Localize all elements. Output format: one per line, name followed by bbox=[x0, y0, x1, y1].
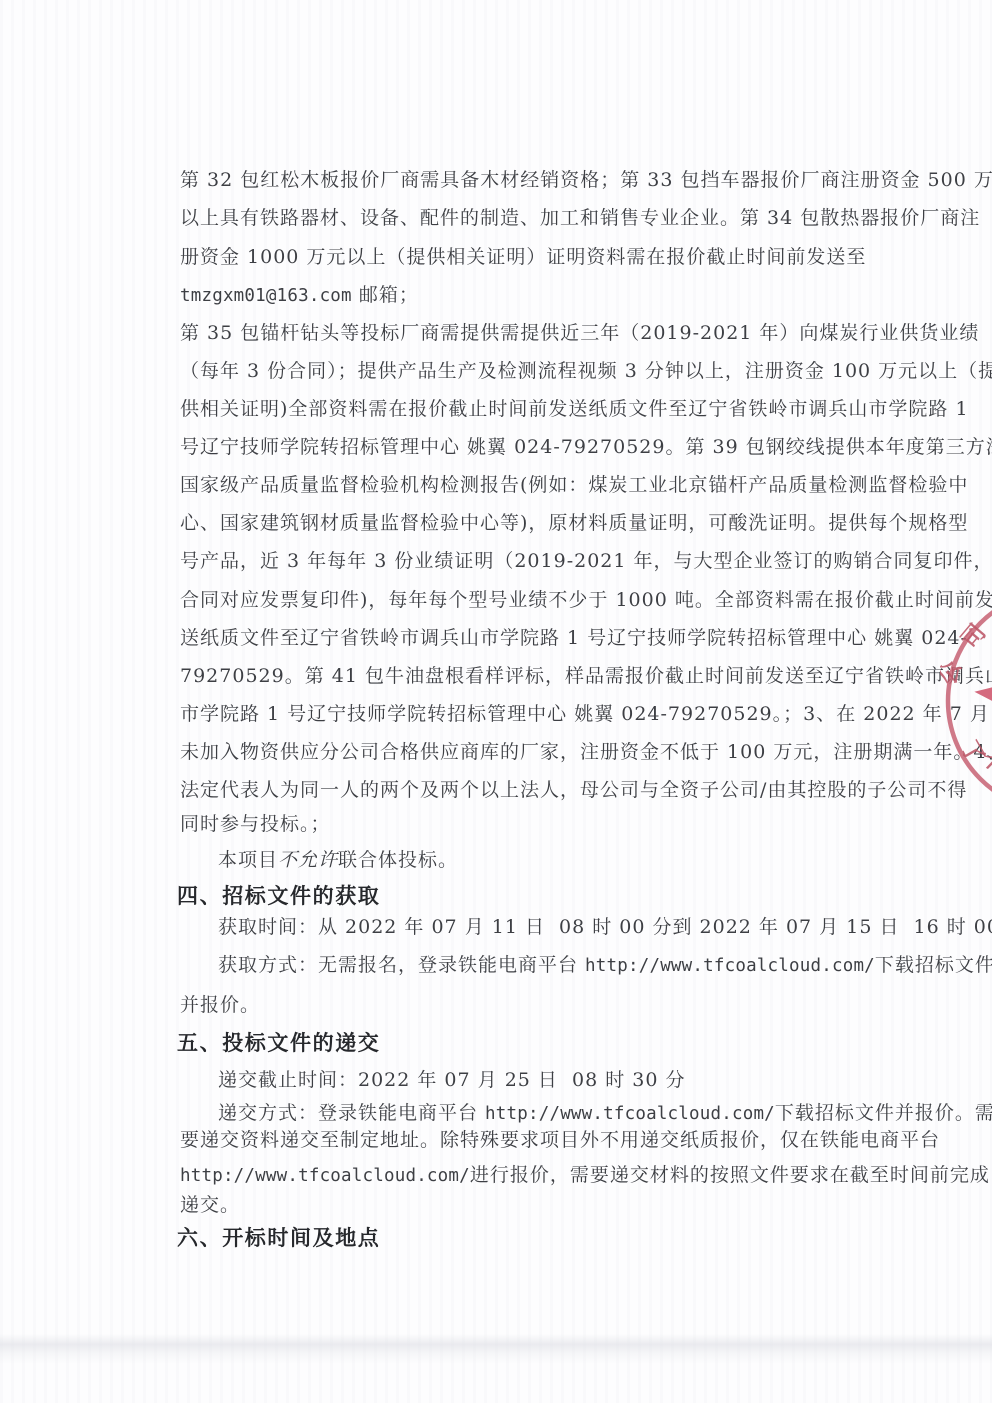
text-segment: 第 35 包锚杆钻头等投标厂商需提供需提供近三年（2019-2021 年）向煤炭… bbox=[180, 322, 979, 344]
text-line: tmzgxm01@163.com 邮箱； bbox=[180, 283, 419, 308]
text-line: 并报价。 bbox=[180, 993, 260, 1017]
text-line: http://www.tfcoalcloud.com/进行报价，需要递交材料的按… bbox=[180, 1163, 990, 1188]
text-line: 本项目不允许联合体投标。 bbox=[180, 848, 458, 872]
text-line: 市学院路 1 号辽宁技师学院转招标管理中心 姚翼 024-79270529。；3… bbox=[180, 702, 992, 726]
text-line: 心、国家建筑钢材质量监督检验中心等)，原材料质量证明，可酸洗证明。提供每个规格型 bbox=[180, 511, 968, 535]
text-segment: 本项目 bbox=[218, 849, 278, 871]
text-line: 国家级产品质量监督检验机构检测报告(例如：煤炭工业北京锚杆产品质量检测监督检验中 bbox=[180, 473, 968, 497]
text-segment: 获取方式：无需报名，登录铁能电商平台 bbox=[218, 954, 585, 976]
text-segment: 进行报价，需要递交材料的按照文件要求在截至时间前完成 bbox=[470, 1164, 990, 1186]
section-heading: 四、招标文件的获取 bbox=[177, 884, 380, 908]
text-line: 册资金 1000 万元以上（提供相关证明）证明资料需在报价截止时间前发送至 bbox=[180, 245, 866, 269]
email-text: tmzgxm01@163.com bbox=[180, 286, 352, 306]
text-line: 获取时间：从 2022 年 07 月 11 日 08 时 00 分到 2022 … bbox=[180, 915, 992, 939]
text-line: 合同对应发票复印件)，每年每个型号业绩不少于 1000 吨。全部资料需在报价截止… bbox=[180, 588, 992, 612]
text-segment: 下载招标文件 bbox=[875, 954, 992, 976]
document-text: 第 32 包红松木板报价厂商需具备木材经销资格；第 33 包挡车器报价厂商注册资… bbox=[180, 0, 890, 1403]
text-segment: 递交方式：登录铁能电商平台 bbox=[218, 1102, 485, 1124]
text-line: 79270529。第 41 包牛油盘根看样评标，样品需报价截止时间前发送至辽宁省… bbox=[180, 664, 992, 688]
section-heading: 五、投标文件的递交 bbox=[177, 1031, 380, 1055]
text-segment: 第 32 包红松木板报价厂商需具备木材经销资格；第 33 包挡车器报价厂商注册资… bbox=[180, 169, 992, 191]
text-segment: 递交。 bbox=[180, 1194, 240, 1216]
text-segment: 送纸质文件至辽宁省铁岭市调兵山市学院路 1 号辽宁技师学院转招标管理中心 姚翼 … bbox=[180, 627, 968, 649]
text-segment: 79270529。第 41 包牛油盘根看样评标，样品需报价截止时间前发送至辽宁省… bbox=[180, 665, 992, 687]
emphasized-text: 不允许 bbox=[278, 849, 338, 871]
text-segment: 以上具有铁路器材、设备、配件的制造、加工和销售专业企业。第 34 包散热器报价厂… bbox=[180, 207, 980, 229]
text-segment: 四、招标文件的获取 bbox=[177, 883, 380, 908]
text-line: 送纸质文件至辽宁省铁岭市调兵山市学院路 1 号辽宁技师学院转招标管理中心 姚翼 … bbox=[180, 626, 968, 650]
text-segment: 未加入物资供应分公司合格供应商库的厂家，注册资金不低于 100 万元，注册期满一… bbox=[180, 741, 992, 763]
seal-star-icon bbox=[974, 647, 992, 745]
text-segment: 获取时间：从 2022 年 07 月 11 日 08 时 00 分到 2022 … bbox=[218, 916, 992, 938]
text-segment: 递交截止时间：2022 年 07 月 25 日 08 时 30 分 bbox=[218, 1069, 685, 1091]
text-segment: （每年 3 份合同）；提供产品生产及检测流程视频 3 分钟以上，注册资金 100… bbox=[180, 360, 992, 382]
text-line: 以上具有铁路器材、设备、配件的制造、加工和销售专业企业。第 34 包散热器报价厂… bbox=[180, 206, 980, 230]
text-segment: 六、开标时间及地点 bbox=[177, 1225, 380, 1250]
text-segment: 心、国家建筑钢材质量监督检验中心等)，原材料质量证明，可酸洗证明。提供每个规格型 bbox=[180, 512, 968, 534]
text-line: 递交方式：登录铁能电商平台 http://www.tfcoalcloud.com… bbox=[180, 1101, 992, 1126]
url-text: http://www.tfcoalcloud.com/ bbox=[485, 1104, 775, 1124]
text-line: 同时参与投标。； bbox=[180, 812, 331, 836]
text-segment: 号产品，近 3 年每年 3 份业绩证明（2019-2021 年，与大型企业签订的… bbox=[180, 550, 992, 572]
url-text: http://www.tfcoalcloud.com/ bbox=[585, 956, 875, 976]
text-segment: 法定代表人为同一人的两个及两个以上法人，母公司与全资子公司/由其控股的子公司不得 bbox=[180, 779, 967, 801]
text-segment: 市学院路 1 号辽宁技师学院转招标管理中心 姚翼 024-79270529。；3… bbox=[180, 703, 992, 725]
text-segment: 号辽宁技师学院转招标管理中心 姚翼 024-79270529。第 39 包钢绞线… bbox=[180, 436, 992, 458]
url-text: http://www.tfcoalcloud.com/ bbox=[180, 1166, 470, 1186]
text-line: 法定代表人为同一人的两个及两个以上法人，母公司与全资子公司/由其控股的子公司不得 bbox=[180, 778, 967, 802]
text-line: 递交。 bbox=[180, 1193, 240, 1217]
text-segment: 同时参与投标。； bbox=[180, 813, 331, 835]
text-segment: 要递交资料递交至制定地址。除特殊要求项目外不用递交纸质报价，仅在铁能电商平台 bbox=[180, 1129, 940, 1151]
text-segment: 供相关证明)全部资料需在报价截止时间前发送纸质文件至辽宁省铁岭市调兵山市学院路 … bbox=[180, 398, 969, 420]
text-line: （每年 3 份合同）；提供产品生产及检测流程视频 3 分钟以上，注册资金 100… bbox=[180, 359, 992, 383]
text-segment: 国家级产品质量监督检验机构检测报告(例如：煤炭工业北京锚杆产品质量检测监督检验中 bbox=[180, 474, 968, 496]
text-line: 获取方式：无需报名，登录铁能电商平台 http://www.tfcoalclou… bbox=[180, 953, 992, 978]
text-line: 号产品，近 3 年每年 3 份业绩证明（2019-2021 年，与大型企业签订的… bbox=[180, 549, 992, 573]
text-segment: 并报价。 bbox=[180, 994, 260, 1016]
text-line: 第 35 包锚杆钻头等投标厂商需提供需提供近三年（2019-2021 年）向煤炭… bbox=[180, 321, 979, 345]
text-line: 供相关证明)全部资料需在报价截止时间前发送纸质文件至辽宁省铁岭市调兵山市学院路 … bbox=[180, 397, 969, 421]
text-line: 未加入物资供应分公司合格供应商库的厂家，注册资金不低于 100 万元，注册期满一… bbox=[180, 740, 992, 764]
text-segment: 下载招标文件并报价。需 bbox=[775, 1102, 992, 1124]
text-line: 号辽宁技师学院转招标管理中心 姚翼 024-79270529。第 39 包钢绞线… bbox=[180, 435, 992, 459]
text-segment: 册资金 1000 万元以上（提供相关证明）证明资料需在报价截止时间前发送至 bbox=[180, 246, 866, 268]
text-line: 要递交资料递交至制定地址。除特殊要求项目外不用递交纸质报价，仅在铁能电商平台 bbox=[180, 1128, 940, 1152]
text-line: 递交截止时间：2022 年 07 月 25 日 08 时 30 分 bbox=[180, 1068, 685, 1092]
text-segment: 联合体投标。 bbox=[338, 849, 458, 871]
text-segment: 五、投标文件的递交 bbox=[177, 1030, 380, 1055]
text-segment: 邮箱； bbox=[352, 284, 419, 306]
text-line: 第 32 包红松木板报价厂商需具备木材经销资格；第 33 包挡车器报价厂商注册资… bbox=[180, 168, 992, 192]
text-segment: 合同对应发票复印件)，每年每个型号业绩不少于 1000 吨。全部资料需在报价截止… bbox=[180, 589, 992, 611]
section-heading: 六、开标时间及地点 bbox=[177, 1226, 380, 1250]
scanned-document-page: 第 32 包红松木板报价厂商需具备木材经销资格；第 33 包挡车器报价厂商注册资… bbox=[0, 0, 992, 1403]
